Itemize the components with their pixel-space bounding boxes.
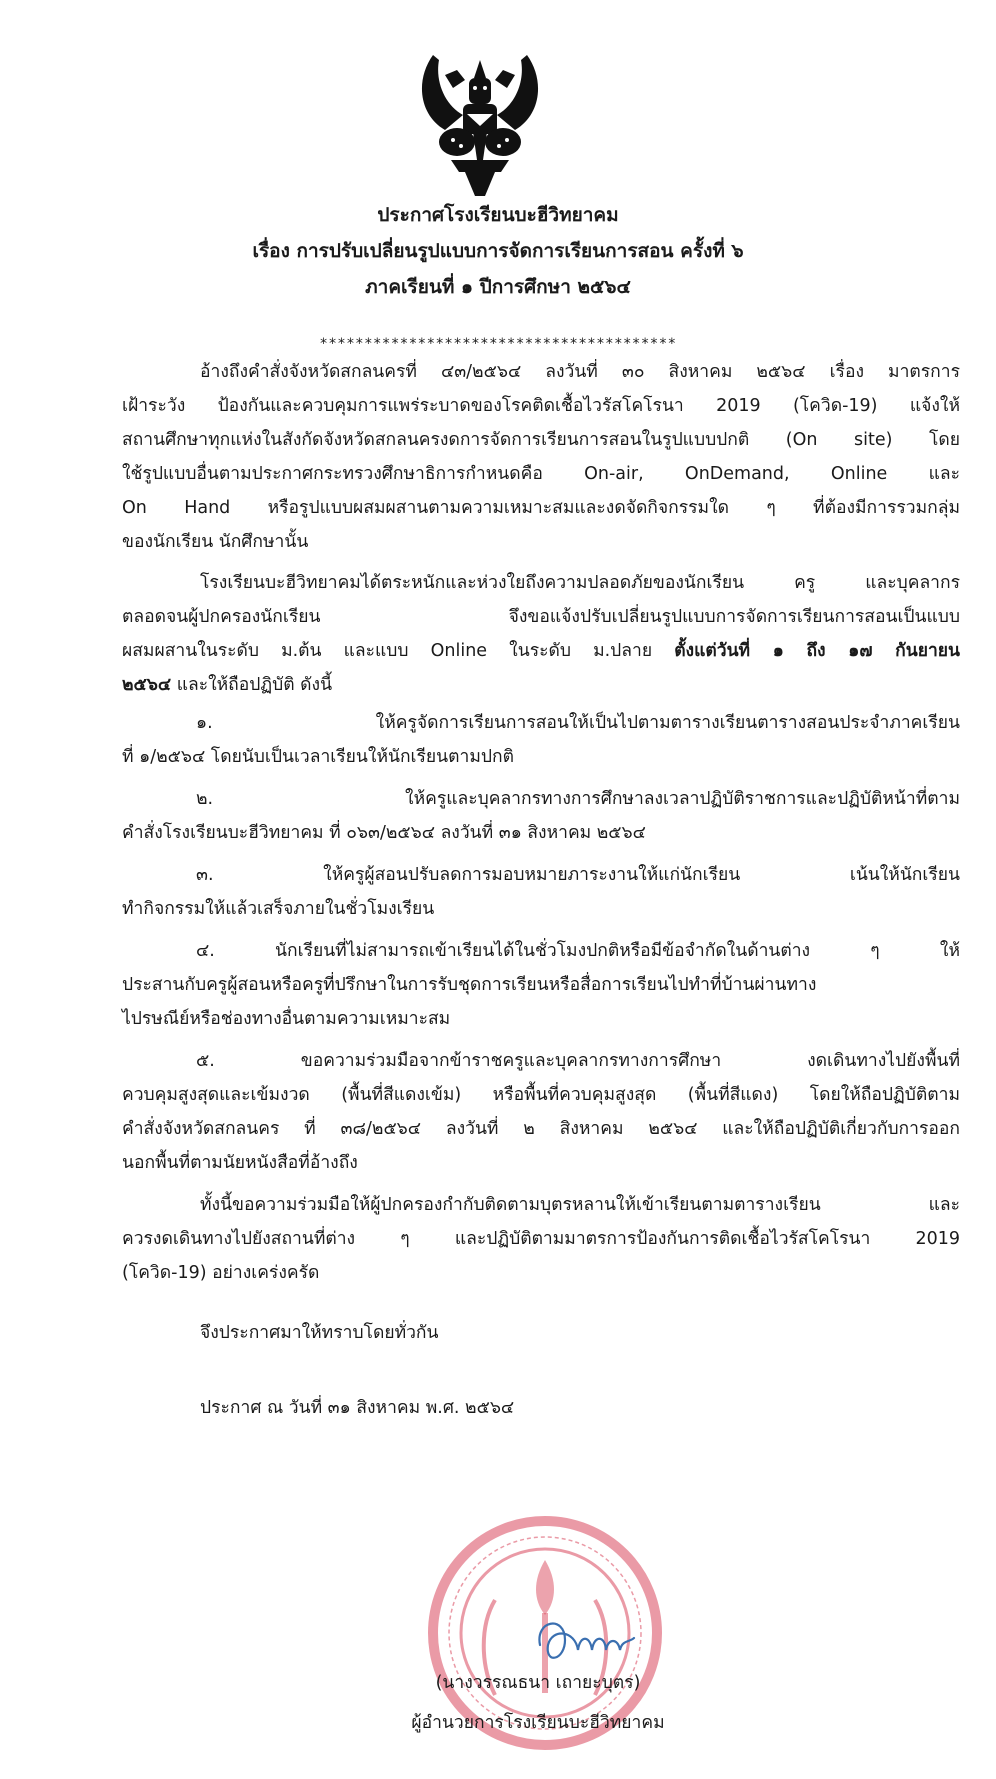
item-5-line: ควบคุมสูงสุดและเข้มงวด (พื้นที่สีแดงเข้ม… [122, 1078, 960, 1112]
effective-year: ๒๕๖๔ [122, 675, 171, 695]
closing-announce: จึงประกาศมาให้ทราบโดยทั่วกัน [200, 1318, 439, 1346]
item-1-line: ที่ ๑/๒๕๖๔ โดยนับเป็นเวลาเรียนให้นักเรีย… [122, 740, 960, 774]
announcement-title: ประกาศโรงเรียนบะฮีวิทยาคม [0, 198, 996, 232]
item-5-line: ๕. ขอความร่วมมือจากข้าราชครูและบุคลากรทา… [196, 1044, 960, 1078]
paragraph-1-line: On Hand หรือรูปแบบผสมผสานตามความเหมาะสมแ… [122, 491, 960, 525]
signature-icon [530, 1610, 640, 1670]
announcement-term: ภาคเรียนที่ ๑ ปีการศึกษา ๒๕๖๔ [0, 270, 996, 304]
paragraph-1-line: อ้างถึงคำสั่งจังหวัดสกลนครที่ ๔๓/๒๕๖๔ ลง… [200, 355, 960, 389]
item-3-line: ทำกิจกรรมให้แล้วเสร็จภายในชั่วโมงเรียน [122, 892, 960, 926]
paragraph-1-line: เฝ้าระวัง ป้องกันและควบคุมการแพร่ระบาดขอ… [122, 389, 960, 423]
paragraph-2-text: ผสมผสานในระดับ ม.ต้น และแบบ Online ในระด… [122, 641, 674, 661]
paragraph-3-line: (โควิด-19) อย่างเคร่งครัด [122, 1256, 960, 1290]
paragraph-3-line: ทั้งนี้ขอความร่วมมือให้ผู้ปกครองกำกับติด… [200, 1188, 960, 1222]
signer-title: ผู้อำนวยการโรงเรียนบะฮีวิทยาคม [40, 1708, 996, 1736]
paragraph-1-line: สถานศึกษาทุกแห่งในสังกัดจังหวัดสกลนครงดก… [122, 423, 960, 457]
announcement-subject: เรื่อง การปรับเปลี่ยนรูปแบบการจัดการเรีย… [0, 234, 996, 268]
paragraph-2-text: และให้ถือปฏิบัติ ดังนี้ [171, 675, 332, 695]
paragraph-2-line: ตลอดจนผู้ปกครองนักเรียน จึงขอแจ้งปรับเปล… [122, 600, 960, 634]
item-5-line: คำสั่งจังหวัดสกลนคร ที่ ๓๘/๒๕๖๔ ลงวันที่… [122, 1112, 960, 1146]
item-3-line: ๓. ให้ครูผู้สอนปรับลดการมอบหมายภาระงานให… [196, 858, 960, 892]
item-2-line: คำสั่งโรงเรียนบะฮีวิทยาคม ที่ ๐๖๓/๒๕๖๔ ล… [122, 816, 960, 850]
item-4-line: ประสานกับครูผู้สอนหรือครูที่ปรึกษาในการร… [122, 968, 960, 1002]
signer-name: (นางวรรณธนา เถายะบุตร) [40, 1668, 996, 1696]
paragraph-1-line: ของนักเรียน นักศึกษานั้น [122, 525, 960, 559]
paragraph-1-line: ใช้รูปแบบอื่นตามประกาศกระทรวงศึกษาธิการก… [122, 457, 960, 491]
separator: **************************************** [0, 336, 996, 352]
paragraph-3-line: ควรงดเดินทางไปยังสถานที่ต่าง ๆ และปฏิบัต… [122, 1222, 960, 1256]
announcement-date: ประกาศ ณ วันที่ ๓๑ สิงหาคม พ.ศ. ๒๕๖๔ [200, 1393, 514, 1421]
paragraph-2-line: โรงเรียนบะฮีวิทยาคมได้ตระหนักและห่วงใยถึ… [200, 566, 960, 600]
item-4-line: ไปรษณีย์หรือช่องทางอื่นตามความเหมาะสม [122, 1002, 960, 1036]
item-5-line: นอกพื้นที่ตามนัยหนังสือที่อ้างถึง [122, 1146, 960, 1180]
item-2-line: ๒. ให้ครูและบุคลากรทางการศึกษาลงเวลาปฏิบ… [196, 782, 960, 816]
garuda-emblem-icon [405, 20, 555, 200]
item-4-line: ๔. นักเรียนที่ไม่สามารถเข้าเรียนได้ในชั่… [196, 934, 960, 968]
paragraph-2-line: ผสมผสานในระดับ ม.ต้น และแบบ Online ในระด… [122, 634, 960, 668]
effective-date-range: ตั้งแต่วันที่ ๑ ถึง ๑๗ กันยายน [674, 641, 960, 661]
item-1-line: ๑. ให้ครูจัดการเรียนการสอนให้เป็นไปตามตา… [196, 706, 960, 740]
paragraph-2-line: ๒๕๖๔ และให้ถือปฏิบัติ ดังนี้ [122, 668, 960, 702]
